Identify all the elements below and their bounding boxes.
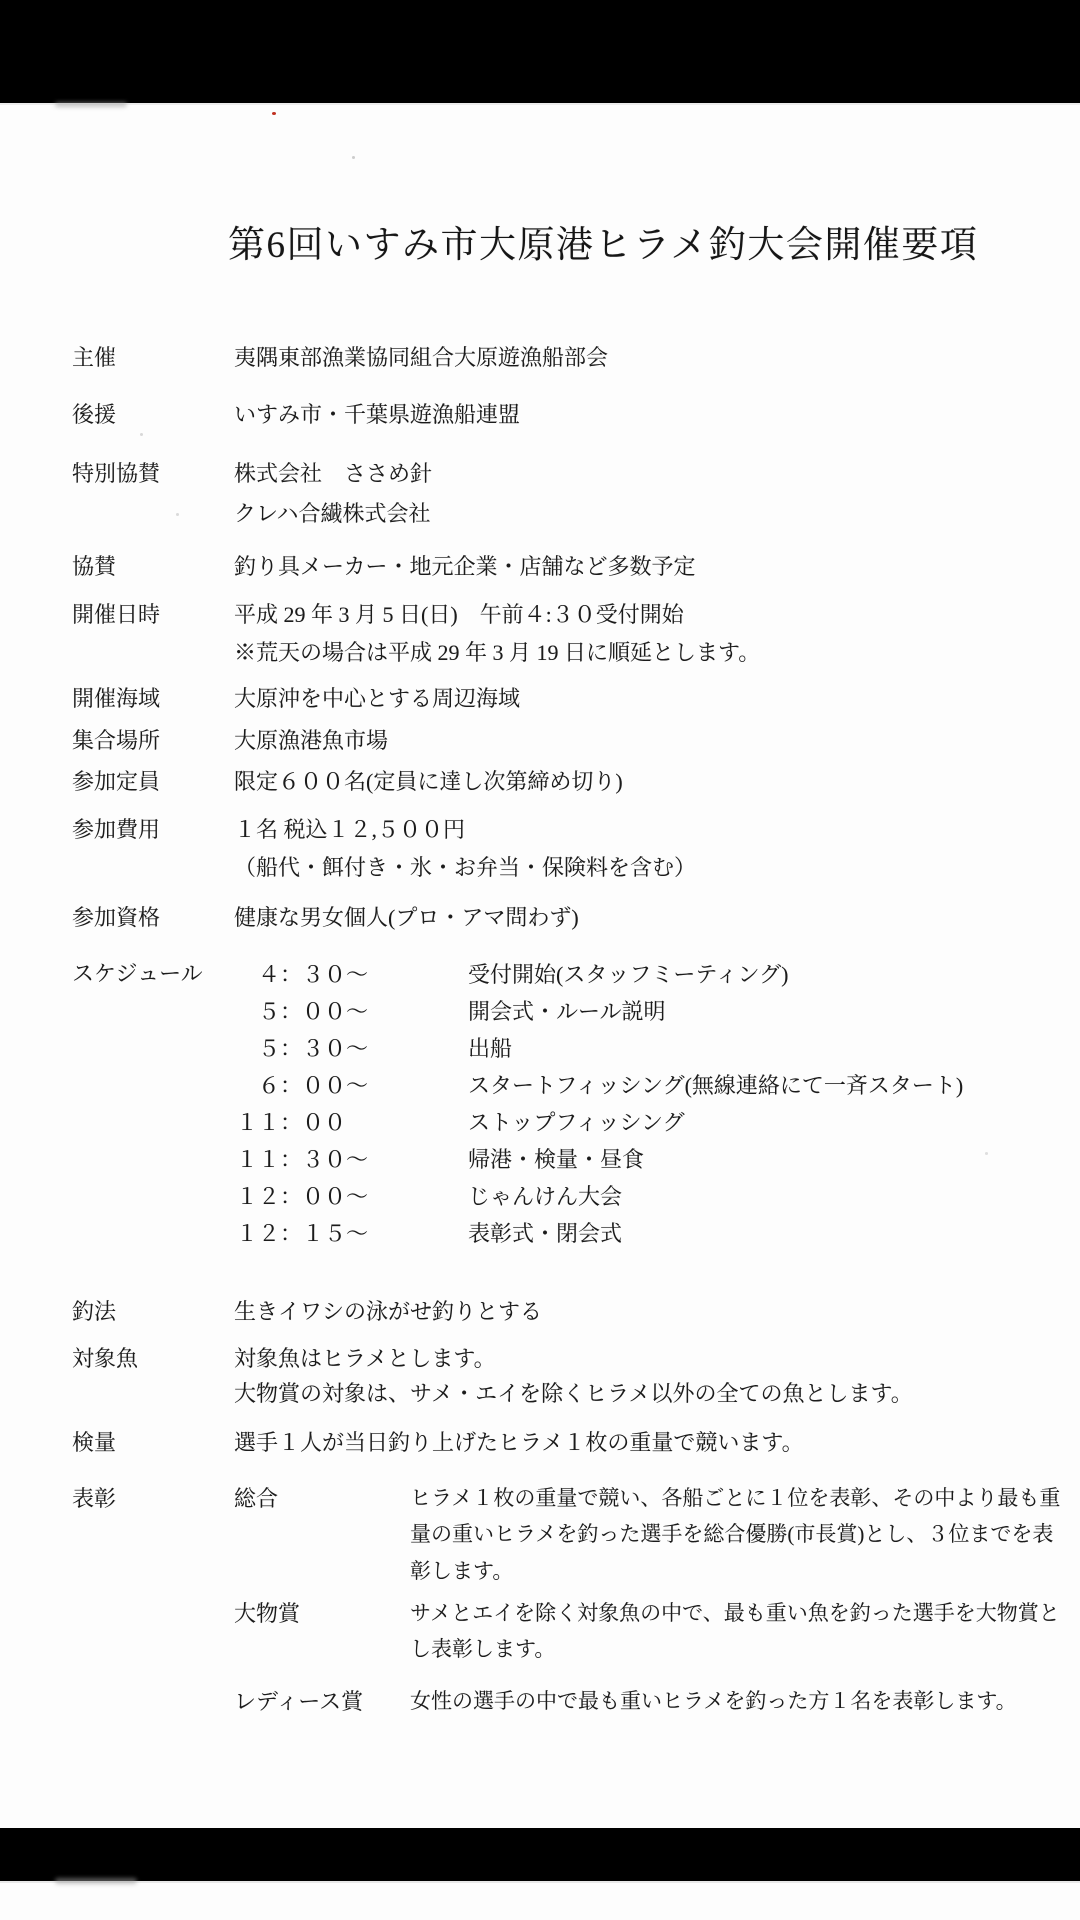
award-desc-overall-2: 量の重いヒラメを釣った選手を総合優勝(市長賞)とし、３位までを表 [410, 1522, 1053, 1546]
schedule-time: １１：３０～ [236, 1147, 368, 1172]
schedule-time: ６：００～ [236, 1073, 368, 1098]
section-value-weighing: 選手１人が当日釣り上げたヒラメ１枚の重量で競います。 [234, 1430, 804, 1455]
award-name-ladies: レディース賞 [234, 1689, 363, 1714]
section-label-eligibility: 参加資格 [72, 905, 160, 930]
schedule-activity: 帰港・検量・昼食 [468, 1147, 644, 1172]
section-value-meeting-place: 大原漁港魚市場 [234, 728, 388, 753]
scan-speck [985, 1152, 988, 1155]
schedule-time: ５：３０～ [236, 1036, 368, 1061]
scan-smudge-bottom-left [55, 1878, 137, 1884]
schedule-time: １１：００ [236, 1110, 346, 1135]
section-label-weighing: 検量 [72, 1430, 116, 1455]
section-value-eligibility: 健康な男女個人(プロ・アマ問わず) [234, 905, 579, 930]
scan-speck [176, 513, 179, 516]
section-label-area: 開催海域 [72, 686, 160, 711]
letterbox-bottom-bar [0, 1828, 1080, 1881]
section-label-support: 後援 [72, 402, 116, 427]
section-value-fee-note: （船代・餌付き・氷・お弁当・保険料を含む） [234, 855, 696, 880]
scan-edge-line-bottom [0, 1881, 1080, 1883]
schedule-time: ５：００～ [236, 999, 368, 1024]
award-desc-ladies-1: 女性の選手の中で最も重いヒラメを釣った方１名を表彰します。 [410, 1689, 1017, 1713]
scan-speck [352, 156, 355, 159]
award-name-overall: 総合 [234, 1486, 278, 1511]
document-title: 第6回いすみ市大原港ヒラメ釣大会開催要項 [228, 226, 978, 267]
section-value-special-sponsor-2: クレハ合繊株式会社 [234, 501, 430, 526]
section-value-area: 大原沖を中心とする周辺海域 [234, 686, 520, 711]
awards-label: 表彰 [72, 1486, 116, 1511]
schedule-activity: じゃんけん大会 [468, 1184, 622, 1209]
schedule-activity: ストップフィッシング [468, 1110, 685, 1135]
scanned-document-page: 第6回いすみ市大原港ヒラメ釣大会開催要項 主催 夷隅東部漁業協同組合大原遊漁船部… [0, 0, 1080, 1920]
section-value-sponsor: 釣り具メーカー・地元企業・店舗など多数予定 [234, 554, 696, 579]
schedule-activity: 開会式・ルール説明 [468, 999, 666, 1024]
schedule-activity: 出船 [468, 1036, 512, 1061]
section-label-sponsor: 協賛 [72, 554, 116, 579]
section-value-date: 平成 29 年 3 月 5 日(日) 午前４:３０受付開始 [234, 602, 684, 627]
section-label-organizer: 主催 [72, 345, 116, 370]
award-desc-big-catch-1: サメとエイを除く対象魚の中で、最も重い魚を釣った選手を大物賞と [410, 1601, 1060, 1625]
section-value-support: いすみ市・千葉県遊漁船連盟 [234, 402, 520, 427]
section-label-method: 釣法 [72, 1299, 116, 1324]
scan-edge-line-top [0, 103, 1080, 105]
schedule-activity: 受付開始(スタッフミーティング) [468, 962, 788, 987]
schedule-activity: スタートフィッシング(無線連絡にて一斉スタート) [468, 1073, 963, 1098]
section-value-capacity: 限定６００名(定員に達し次第締め切り) [234, 769, 623, 794]
section-label-target-fish: 対象魚 [72, 1346, 138, 1371]
section-label-special-sponsor: 特別協賛 [72, 461, 160, 486]
section-value-date-note: ※荒天の場合は平成 29 年 3 月 19 日に順延とします。 [234, 640, 760, 665]
award-name-big-catch: 大物賞 [234, 1601, 300, 1626]
section-value-target-fish-1: 対象魚はヒラメとします。 [234, 1346, 496, 1371]
schedule-time: １２：１５～ [236, 1221, 368, 1246]
schedule-label: スケジュール [72, 961, 203, 986]
section-value-method: 生きイワシの泳がせ釣りとする [234, 1299, 542, 1324]
schedule-time: ４：３０～ [236, 962, 368, 987]
section-label-meeting-place: 集合場所 [72, 728, 160, 753]
scan-speck [140, 433, 143, 436]
scan-speck-red [272, 112, 276, 115]
schedule-time: １２：００～ [236, 1184, 368, 1209]
section-value-organizer: 夷隅東部漁業協同組合大原遊漁船部会 [234, 345, 608, 370]
letterbox-top-bar [0, 0, 1080, 103]
section-value-fee: １名 税込１２,５００円 [234, 817, 465, 842]
award-desc-big-catch-2: し表彰します。 [410, 1637, 555, 1661]
section-value-target-fish-2: 大物賞の対象は、サメ・エイを除くヒラメ以外の全ての魚とします。 [234, 1381, 913, 1406]
section-label-capacity: 参加定員 [72, 769, 160, 794]
scan-smudge-top-left [55, 102, 127, 107]
award-desc-overall-3: 彰します。 [410, 1559, 513, 1583]
section-label-date: 開催日時 [72, 602, 160, 627]
schedule-activity: 表彰式・閉会式 [468, 1221, 622, 1246]
section-label-fee: 参加費用 [72, 817, 160, 842]
section-value-special-sponsor-1: 株式会社 ささめ針 [234, 461, 432, 486]
award-desc-overall-1: ヒラメ１枚の重量で競い、各船ごとに１位を表彰、その中より最も重 [410, 1486, 1060, 1510]
